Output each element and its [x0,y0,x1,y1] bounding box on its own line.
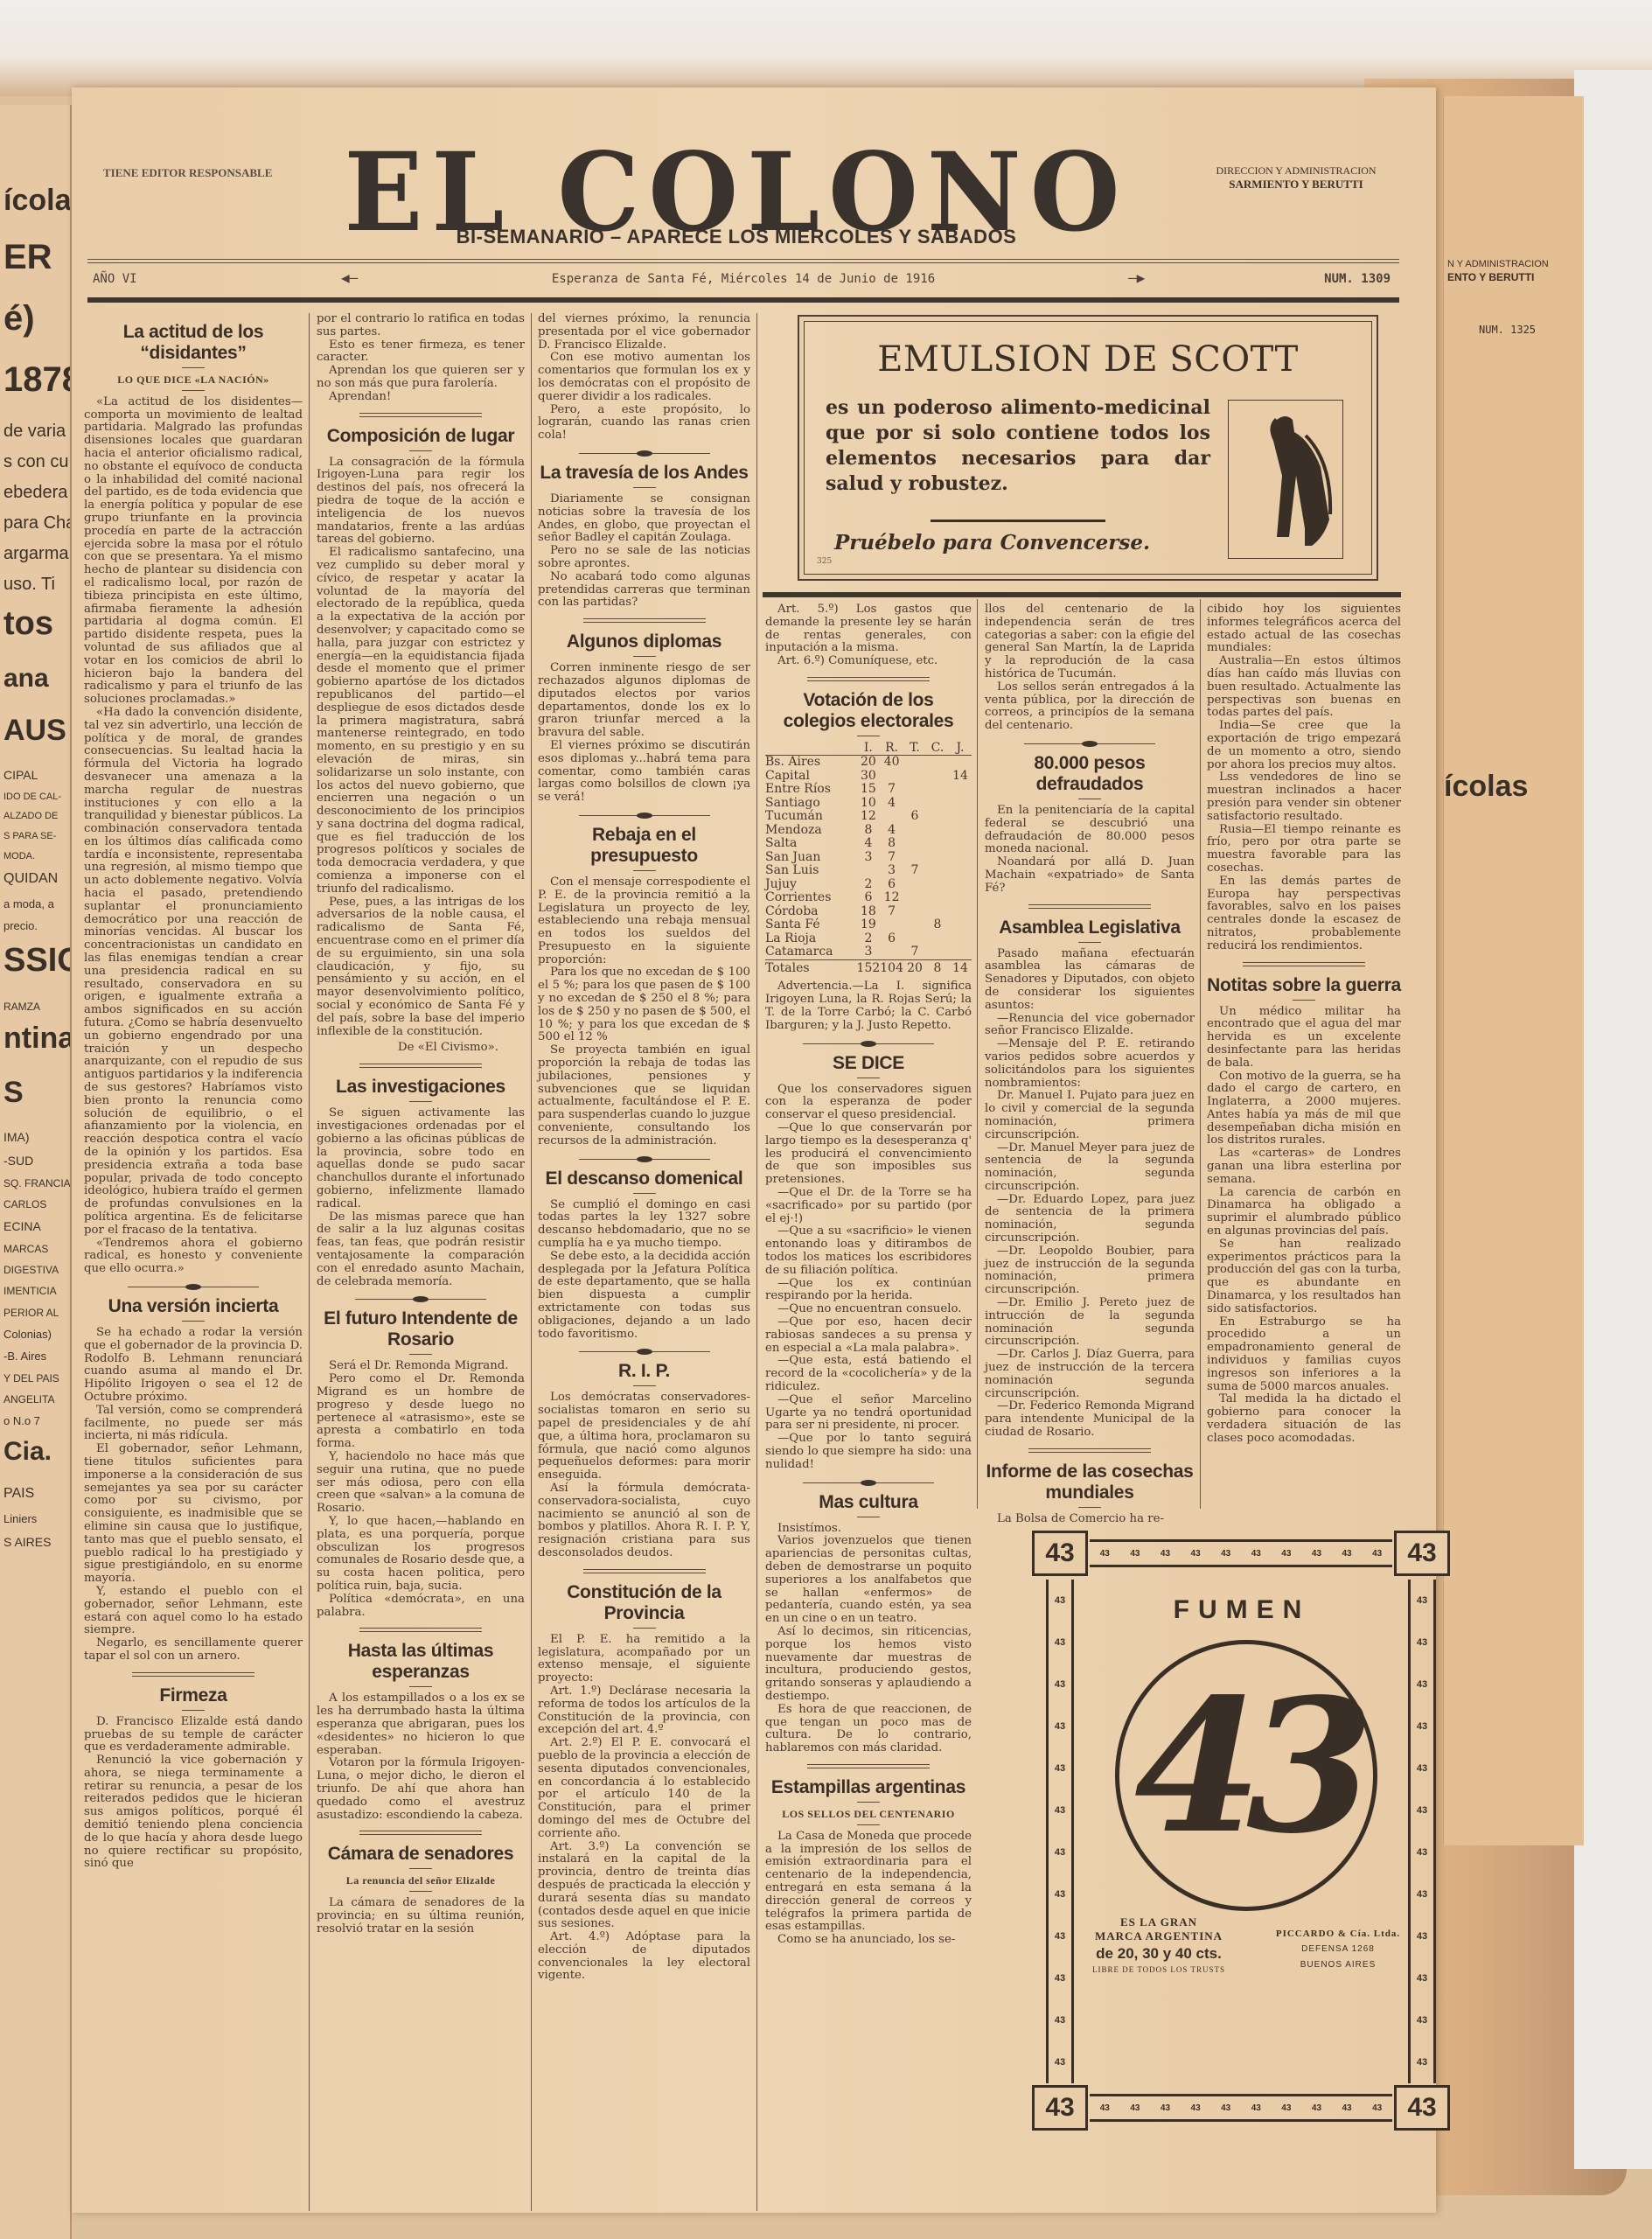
headline-dash [1293,1000,1315,1001]
fisherman-illustration-icon [1228,400,1343,559]
article-headline: Una versión incierta [84,1296,303,1317]
company-text: PICCARDO & Cía. Ltda. DEFENSA 1268 BUENO… [1255,1926,1421,1973]
left-page-text: MODA. [3,851,35,861]
table-cell: Entre Ríos [765,783,857,797]
table-row: Mendoza84 [765,824,972,838]
table-row: Santa Fé198 [765,918,972,932]
article-paragraph: —Que los ex continúan respirando por la … [765,1278,972,1304]
table-cell: 3 [880,864,903,878]
article-paragraph: Advertencia.—La I. significa Irigoyen Lu… [765,980,972,1032]
diamond-rule-ornament [803,1482,934,1483]
left-page-text: Cia. [3,1437,52,1467]
table-cell [926,864,949,878]
double-rule-ornament [1028,904,1151,909]
table-cell [926,783,949,797]
table-cell: 14 [949,770,972,784]
left-page-text: ebedera [3,483,67,503]
rail-43: 43 [1417,1763,1427,1774]
headline-dash [409,450,432,451]
article-paragraph: Es hora de que reaccionen, de que tengan… [765,1704,972,1755]
rail-43: 43 [1055,1847,1065,1858]
article-paragraph: «La actitud de los disidentes—comporta u… [84,396,303,707]
company-city: BUENOS AIRES [1255,1957,1421,1973]
double-rule-ornament [359,413,482,417]
rail-43: 43 [1372,1549,1382,1559]
table-header: C. [926,742,949,756]
table-cell: 7 [903,945,926,959]
table-cell: 152 [857,959,881,975]
table-cell [949,932,972,946]
table-cell: Catamarca [765,945,857,959]
article-paragraph: Art. 6.º) Comuníquese, etc. [765,655,972,668]
article-headline: El descanso domenical [538,1168,750,1189]
rail-43: 43 [1372,2103,1382,2113]
article-paragraph: por el contrario lo ratifica en todas su… [317,313,525,339]
article-paragraph: Como se ha anunciado, los se- [765,1934,972,1947]
rail-bottom: 43434343434343434343 [1090,2094,1392,2122]
column-4: Art. 5.º) Los gastos que demande la pres… [765,603,972,1947]
table-header: I. [857,742,881,756]
table-cell: 6 [880,932,903,946]
article-paragraph: Art. 3.º) La convención se instalará en … [538,1841,750,1932]
diamond-rule-ornament [579,453,710,454]
table-cell [926,810,949,824]
newspaper-subtitle: BI-SEMANARIO – APARECE LOS MIERCOLES Y S… [334,226,1139,248]
table-cell: 8 [857,824,881,838]
headline-dash [857,1802,880,1803]
table-cell: 2 [857,878,881,892]
article-paragraph: —Que esta, está batiendo el record de la… [765,1355,972,1393]
article-subhead: LO QUE DICE «LA NACIÓN» [84,373,303,387]
article-paragraph: Pero no se sale de las noticias sobre ap… [538,545,750,571]
ad-body: es un poderoso alimento-medicinal que po… [826,395,1210,497]
left-page-text: argarma [3,544,68,564]
table-cell: Corrientes [765,891,857,905]
corner-43-bottom-left: 43 [1032,2085,1088,2131]
article-paragraph: Política «demócrata», en una palabra. [317,1594,525,1620]
article-paragraph: Con ese motivo aumentan los comentarios … [538,352,750,403]
article-paragraph: El gobernador, señor Lehmann, tiene titu… [84,1443,303,1586]
article-headline: La actitud de los “disidantes” [84,322,303,364]
double-rule-ornament [359,1628,482,1632]
left-page-text: -SUD [3,1154,33,1168]
table-cell: 3 [857,851,881,865]
left-page-text: CIPAL [3,768,38,782]
rail-43: 43 [1417,1721,1427,1732]
left-page-text: é) [3,299,35,338]
table-cell: 3 [857,945,881,959]
article-paragraph: —Dr. Manuel Meyer para juez de sentencia… [985,1142,1195,1194]
article-paragraph: De las mismas parece que han de salir a … [317,1211,525,1289]
fumen-43-ad: 43 43 43 43 43434343434343434343 4343434… [1032,1531,1452,2134]
article-headline: El futuro Intendente de Rosario [317,1308,525,1350]
left-page-text: ER [3,238,52,277]
left-page-text: ANGELITA [3,1393,54,1405]
article-paragraph: —Que por lo tanto seguirá siendo lo que … [765,1433,972,1471]
article-paragraph: Se ha echado a rodar la versión que el g… [84,1327,303,1405]
rail-43: 43 [1055,1763,1065,1774]
underlying-heading: ícolas [1444,770,1528,804]
rail-43: 43 [1417,1973,1427,1984]
left-page-text: 1878 [3,360,72,400]
diamond-rule-ornament [1024,743,1155,744]
table-cell [949,864,972,878]
article-paragraph: Que los conservadores siguen con la espe… [765,1084,972,1122]
article-paragraph: «Ha dado la convención disidente, tal ve… [84,707,303,1238]
article-paragraph: Pasado mañana efectuarán asamblea las cá… [985,948,1195,1013]
article-headline: La travesía de los Andes [538,463,750,484]
article-signature: De «El Civismo». [317,1042,525,1055]
table-cell: 8 [926,918,949,932]
rail-43: 43 [1417,1847,1427,1858]
table-cell [903,783,926,797]
left-page-text: ana [3,664,49,694]
article-headline: Mas cultura [765,1492,972,1513]
rail-43: 43 [1417,1805,1427,1816]
table-cell [903,770,926,784]
brand-line-2: MARCA ARGENTINA [1067,1929,1251,1943]
left-page-text: DIGESTIVA [3,1264,59,1276]
article-headline: SE DICE [765,1053,972,1074]
article-paragraph: —Renuncia del vice gobernador señor Fran… [985,1013,1195,1039]
article-paragraph: Para los que no excedan de $ 100 el 5 %;… [538,966,750,1044]
table-cell: 7 [903,864,926,878]
left-page-text: tos [3,605,53,643]
rail-43: 43 [1130,2103,1140,2113]
article-paragraph: El radicalismo santafecino, una vez cump… [317,547,525,896]
rail-43: 43 [1417,1637,1427,1648]
table-row: San Juan37 [765,851,972,865]
article-paragraph: Tal versión, como se comprenderá facilme… [84,1405,303,1443]
left-page-text: S AIRES [3,1535,51,1549]
table-cell: 18 [857,905,881,919]
column-5: llos del centenario de la independencia … [985,603,1195,1526]
article-paragraph: Se cumplió el domingo en casi todas part… [538,1199,750,1251]
table-row: Bs. Aires2040 [765,756,972,770]
left-page-fragment: ícolaERé)1878de varias con cuebederapara… [0,105,72,2239]
table-cell [880,945,903,959]
address-label: DIRECCION Y ADMINISTRACION [1191,164,1401,178]
double-rule-ornament [359,1831,482,1835]
table-cell: 20 [903,959,926,975]
article-subhead: LOS SELLOS DEL CENTENARIO [765,1808,972,1821]
subhead-dash [409,1891,432,1892]
column-separator [1200,599,1201,1509]
diamond-rule-ornament [355,1299,486,1300]
table-cell: 30 [857,770,881,784]
table-cell: 7 [880,783,903,797]
headline-dash [182,1710,205,1711]
issue-number: NUM. 1309 [1324,272,1391,286]
address-block: DIRECCION Y ADMINISTRACION SARMIENTO Y B… [1191,164,1401,192]
article-paragraph: —Que a su «sacrificio» le vienen entonan… [765,1225,972,1277]
column-1: La actitud de los “disidantes”LO QUE DIC… [84,313,303,1871]
article-paragraph: Se siguen activamente las investigacione… [317,1107,525,1210]
headline-dash [857,736,880,736]
article-paragraph: Y, lo que hacen,—hablando en plata, es u… [317,1516,525,1594]
column-2: por el contrario lo ratifica en todas su… [317,313,525,1936]
ad-divider [931,520,1105,522]
article-headline: Las investigaciones [317,1077,525,1098]
brand-line-3: LIBRE DE TODOS LOS TRUSTS [1067,1965,1251,1974]
left-page-text: para Cha [3,513,72,534]
table-cell [926,945,949,959]
article-paragraph: cibido hoy los siguientes informes teleg… [1207,603,1401,655]
headline-dash [857,1078,880,1078]
table-cell: Salta [765,837,857,851]
double-rule-ornament [807,677,930,681]
table-cell: Córdoba [765,905,857,919]
ad-bottom-rule [763,592,1401,597]
article-paragraph: D. Francisco Elizalde está dando pruebas… [84,1716,303,1754]
left-page-text: MARCAS [3,1243,48,1255]
article-paragraph: Renunció la vice gobernación y ahora, se… [84,1754,303,1871]
table-cell [903,891,926,905]
article-paragraph: Los sellos serán entregados á la venta p… [985,681,1195,733]
table-cell: 8 [926,959,949,975]
article-paragraph: Así la fórmula demócrata-conservadora-so… [538,1482,750,1560]
headline-dash [857,1517,880,1517]
left-page-text: PAIS [3,1486,34,1502]
table-cell: 20 [857,756,881,770]
diamond-rule-ornament [803,1043,934,1044]
table-cell [903,932,926,946]
article-paragraph: Lss vendedores de lino se muestran incli… [1207,771,1401,823]
article-paragraph: Esto es tener firmeza, es tener caracter… [317,339,525,366]
double-rule-ornament [1243,962,1365,966]
left-page-text: ALZADO DE [3,811,58,821]
headline-dash [409,1868,432,1869]
article-paragraph: A los estampillados o a los ex se les ha… [317,1692,525,1757]
article-paragraph: Los demócratas conservadores-socialistas… [538,1392,750,1482]
ad-title: EMULSION DE SCOTT [826,339,1350,380]
rail-right: 434343434343434343434343 [1408,1580,1436,2083]
article-paragraph: India—Se cree que la exportación de trig… [1207,720,1401,771]
article-paragraph: Tal medida la ha dictado el gobierno par… [1207,1393,1401,1445]
article-paragraph: —Dr. Leopoldo Boubier, para juez de inst… [985,1245,1195,1297]
rail-43: 43 [1055,1637,1065,1648]
table-cell [903,851,926,865]
brand-prices: de 20, 30 y 40 cts. [1067,1945,1251,1963]
table-row: La Rioja26 [765,932,972,946]
table-cell [903,824,926,838]
corner-43-top-left: 43 [1032,1531,1088,1576]
left-page-text: o N.o 7 [3,1414,40,1427]
article-paragraph: Así lo decimos, sin riticencias, porque … [765,1626,972,1704]
scott-emulsion-ad: EMULSION DE SCOTT es un poderoso aliment… [798,315,1378,581]
article-paragraph: —Que el señor Marcelino Ugarte ya no ten… [765,1394,972,1433]
address: SARMIENTO Y BERUTTI [1191,178,1401,192]
left-page-text: s con cu [3,452,68,472]
rail-43: 43 [1130,1549,1140,1559]
headline-dash [409,1101,432,1102]
table-row: Corrientes612 [765,891,972,905]
table-cell [880,770,903,784]
table-cell [926,837,949,851]
article-headline: Constitución de la Provincia [538,1582,750,1624]
table-cell [949,837,972,851]
article-headline: Votación de los colegios electorales [765,690,972,732]
article-paragraph: Insistímos. [765,1523,972,1536]
rail-43: 43 [1055,1595,1065,1606]
article-subhead: La renuncia del señor Elizalde [317,1874,525,1887]
left-page-text: IMA) [3,1130,30,1144]
table-row: Tucumán126 [765,810,972,824]
table-cell [903,797,926,811]
article-paragraph: Se debe esto, a la decidida acción despl… [538,1251,750,1342]
table-cell: 7 [880,905,903,919]
rail-43: 43 [1312,2103,1321,2113]
diamond-rule-ornament [579,815,710,816]
masthead-thick-rule [87,297,1399,303]
article-paragraph: Pero como el Dr. Remonda Migrand es un h… [317,1373,525,1451]
underlying-address-label: N Y ADMINISTRACION [1447,259,1549,269]
headline-dash [633,870,656,871]
rail-43: 43 [1417,1595,1427,1606]
left-page-text: ntina [3,1022,72,1056]
left-page-text: AUS [3,714,66,748]
table-cell [903,878,926,892]
table-cell [949,797,972,811]
article-paragraph: Art. 4.º) Adóptase para la elección de d… [538,1931,750,1983]
rail-43: 43 [1417,2015,1427,2026]
table-cell [949,851,972,865]
double-rule-ornament [583,618,706,623]
table-cell: 15 [857,783,881,797]
ad-tagline: Pruébelo para Convencerse. [834,531,1219,555]
underlying-address: ENTO Y BERUTTI [1447,271,1534,283]
company-street: DEFENSA 1268 [1255,1942,1421,1957]
rail-43: 43 [1055,1721,1065,1732]
underlying-issue-number: NUM. 1325 [1479,324,1536,336]
rail-43: 43 [1191,2103,1201,2113]
article-paragraph: La cámara de senadores de la provincia; … [317,1897,525,1936]
table-cell: 2 [857,932,881,946]
table-cell [949,905,972,919]
double-rule-ornament [583,1569,706,1573]
table-cell [949,918,972,932]
table-cell [903,918,926,932]
article-paragraph: —Dr. Emilio J. Pereto juez de intrucción… [985,1297,1195,1349]
article-paragraph: Votaron por la fórmula Irigoyen-Luna, o … [317,1757,525,1822]
column-separator [756,313,757,2211]
headline-dash [182,1321,205,1322]
article-paragraph: —Que no encuentran consuelo. [765,1303,972,1316]
left-page-text: uso. Ti [3,575,55,595]
table-cell: Mendoza [765,824,857,838]
table-header: J. [949,742,972,756]
headline-dash [633,1193,656,1194]
table-cell: 19 [857,918,881,932]
table-cell [949,878,972,892]
rail-43: 43 [1342,1549,1351,1559]
rail-43: 43 [1417,1889,1427,1900]
table-cell [926,756,949,770]
table-cell [926,851,949,865]
rail-43: 43 [1161,2103,1170,2113]
left-page-text: S [3,1076,24,1110]
background-right [1574,70,1652,2169]
rail-43: 43 [1251,1549,1261,1559]
table-cell: 10 [857,797,881,811]
double-rule-ornament [359,1064,482,1068]
table-cell [949,824,972,838]
table-cell [949,810,972,824]
fumen-headline: FUMEN [1084,1595,1399,1625]
dateline: AÑO VI ◀— Esperanza de Santa Fé, Miércol… [87,267,1399,293]
headline-dash [1078,942,1101,943]
article-paragraph: «Tendremos ahora el gobierno radical, es… [84,1238,303,1276]
left-page-text: SSIO [3,942,72,980]
table-cell: 12 [880,891,903,905]
article-headline: Estampillas argentinas [765,1777,972,1798]
table-cell [926,932,949,946]
article-paragraph: Rusia—El tiempo reinante es frío, pero p… [1207,824,1401,875]
article-paragraph: —Mensaje del P. E. retirando varios pedi… [985,1038,1195,1090]
article-paragraph: —Dr. Eduardo Lopez, para juez de sentenc… [985,1194,1195,1245]
article-headline: Algunos diplomas [538,631,750,652]
table-cell [880,810,903,824]
article-paragraph: Pero, a este propósito, lo lograrán, cua… [538,404,750,443]
table-cell [926,905,949,919]
article-paragraph: En las demás partes de Europa hay perspe… [1207,875,1401,953]
article-paragraph: En Estraburgo se ha procedido a un empad… [1207,1316,1401,1394]
table-cell: 4 [857,837,881,851]
article-paragraph: Art. 5.º) Los gastos que demande la pres… [765,603,972,655]
article-paragraph: La consagración de la fórmula Irigoyen-L… [317,457,525,548]
article-paragraph: Con motivo de la guerra, se ha dado el c… [1207,1071,1401,1148]
left-page-text: S PARA SE- [3,831,56,841]
article-paragraph: Diariamente se consignan noticias sobre … [538,493,750,545]
table-header: R. [880,742,903,756]
table-cell [926,824,949,838]
table-totals-row: Totales15210420814 [765,959,972,975]
left-page-text: Liniers [3,1512,37,1525]
arrow-right-icon: —▶ [1128,269,1145,286]
rail-43: 43 [1100,2103,1110,2113]
rail-left: 434343434343434343434343 [1046,1580,1074,2083]
left-page-text: PERIOR AL [3,1307,59,1319]
headline-dash [182,367,205,368]
table-cell [949,945,972,959]
article-paragraph: Art. 2.º) El P. E. convocará el pueblo d… [538,1737,750,1840]
headline-dash [633,656,656,657]
left-page-text: precio. [3,919,38,932]
table-row: Santiago104 [765,797,972,811]
left-page-text: IDO DE CAL- [3,792,61,802]
brand-line-1: ES LA GRAN [1067,1915,1251,1929]
rail-43: 43 [1281,1549,1291,1559]
rail-43: 43 [1161,1549,1170,1559]
diamond-rule-ornament [579,1351,710,1352]
left-page-text: ícola [3,184,71,218]
rail-43: 43 [1417,1679,1427,1690]
article-paragraph: Art. 1.º) Declárase necesaria la reforma… [538,1685,750,1737]
double-rule-ornament [1028,1448,1151,1453]
article-headline: Hasta las últimas esperanzas [317,1641,525,1683]
rail-43: 43 [1191,1549,1201,1559]
double-rule-ornament [132,1672,254,1677]
table-header [765,742,857,756]
article-headline: Composición de lugar [317,426,525,447]
article-paragraph: llos del centenario de la independencia … [985,603,1195,681]
table-cell: 8 [880,837,903,851]
masthead: TIENE EDITOR RESPONSABLE EL COLONO BI-SE… [72,87,1436,315]
headline-dash [633,1628,656,1629]
article-paragraph: Será el Dr. Remonda Migrand. [317,1360,525,1373]
table-cell [926,891,949,905]
article-paragraph: El viernes próximo se discutirán esos di… [538,740,750,805]
